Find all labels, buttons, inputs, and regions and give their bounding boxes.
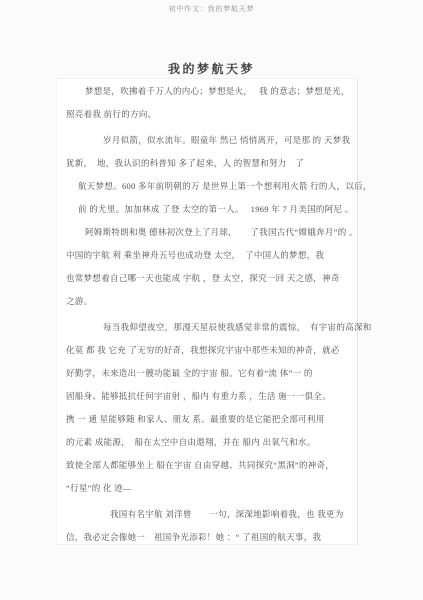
essay-line: 好勤学，未来造出一艘功能最 全的宇宙 船。它有着“流 体”一 的 — [0, 362, 423, 385]
essay-line: 之游。 — [0, 290, 423, 313]
essay-body: 梦想是，吹拂着千万人的内心；梦想是火， 我 的意志；梦想是光， 照亮着我 前行的… — [0, 80, 423, 549]
essay-line: 中国的宇航 利 乘坐神舟五号也成功登 太空， 了中国人的梦想，我 — [0, 244, 423, 267]
essay-line: 我国有名宇航 刘洋曾 一句，深深地影响着我，也 我更为 — [0, 503, 423, 526]
essay-line: 前 的尤里。加加林成 了登 太空的第一人。 1969 年 7 月美国的阿尼 。 — [0, 198, 423, 221]
essay-line: 岁月似箭，似水流年。眼童年 然已 悄悄离开，可是那 的 天梦我 — [0, 129, 423, 152]
essay-line: 致使全部人都能够坐上 船在宇宙 自由穿越、共同探究“黑洞”的神奇， — [0, 454, 423, 477]
essay-line: 航天梦想。600 多年前明朝的万 是世界上第一个想利用火箭 行的人，以后， — [0, 175, 423, 198]
essay-line: 信，我必定会像她一 祖国争光添彩！她 ：“ 了祖国的航天事，我 — [0, 526, 423, 549]
essay-line: 每当我仰望夜空，那漫天星辰使我感觉非常的震惊， 有宇宙的高深和 — [0, 316, 423, 339]
essay-line: 的元素 成能源， 船在太空中自由遨翔，并在 船内 出氧气和水。 — [0, 431, 423, 454]
document-header: 初中作文：我的梦航天梦 — [0, 4, 423, 14]
essay-line: 照亮着我 前行的方向。 — [0, 103, 423, 126]
essay-line: 阿姆斯特朗和奥 德林初次登上了月球， 了我国古代“嫦娥奔月”的 。 — [0, 221, 423, 244]
page-title: 我的梦航天梦 — [0, 60, 423, 77]
essay-line: 梦想是，吹拂着千万人的内心；梦想是火， 我 的意志；梦想是光， — [0, 80, 423, 103]
document-page: 初中作文：我的梦航天梦 我的梦航天梦 梦想是，吹拂着千万人的内心；梦想是火， 我… — [0, 0, 423, 600]
essay-line: 犹新， 地，我认识的科普知 多了起来，人 的智慧和努力 了 — [0, 152, 423, 175]
essay-line: 固船身、能够抵抗任何宇宙射 ，船内 有重力系 ，生活 施一一俱全。 — [0, 385, 423, 408]
essay-line: 携 一 通 星能够随 和家人、朋友 系。最重要的是它能把全部可利用 — [0, 408, 423, 431]
essay-line: 也常梦想着自己哪一天也能成 宇航 ，登 太空，探究一回 天之感，神奇 — [0, 267, 423, 290]
essay-line: 化莫 都 我 它充 了无穷的好奇，我想探究宇宙中那些未知的神奇，就必 — [0, 339, 423, 362]
essay-line: “行星”的 化 迹— — [0, 477, 423, 500]
